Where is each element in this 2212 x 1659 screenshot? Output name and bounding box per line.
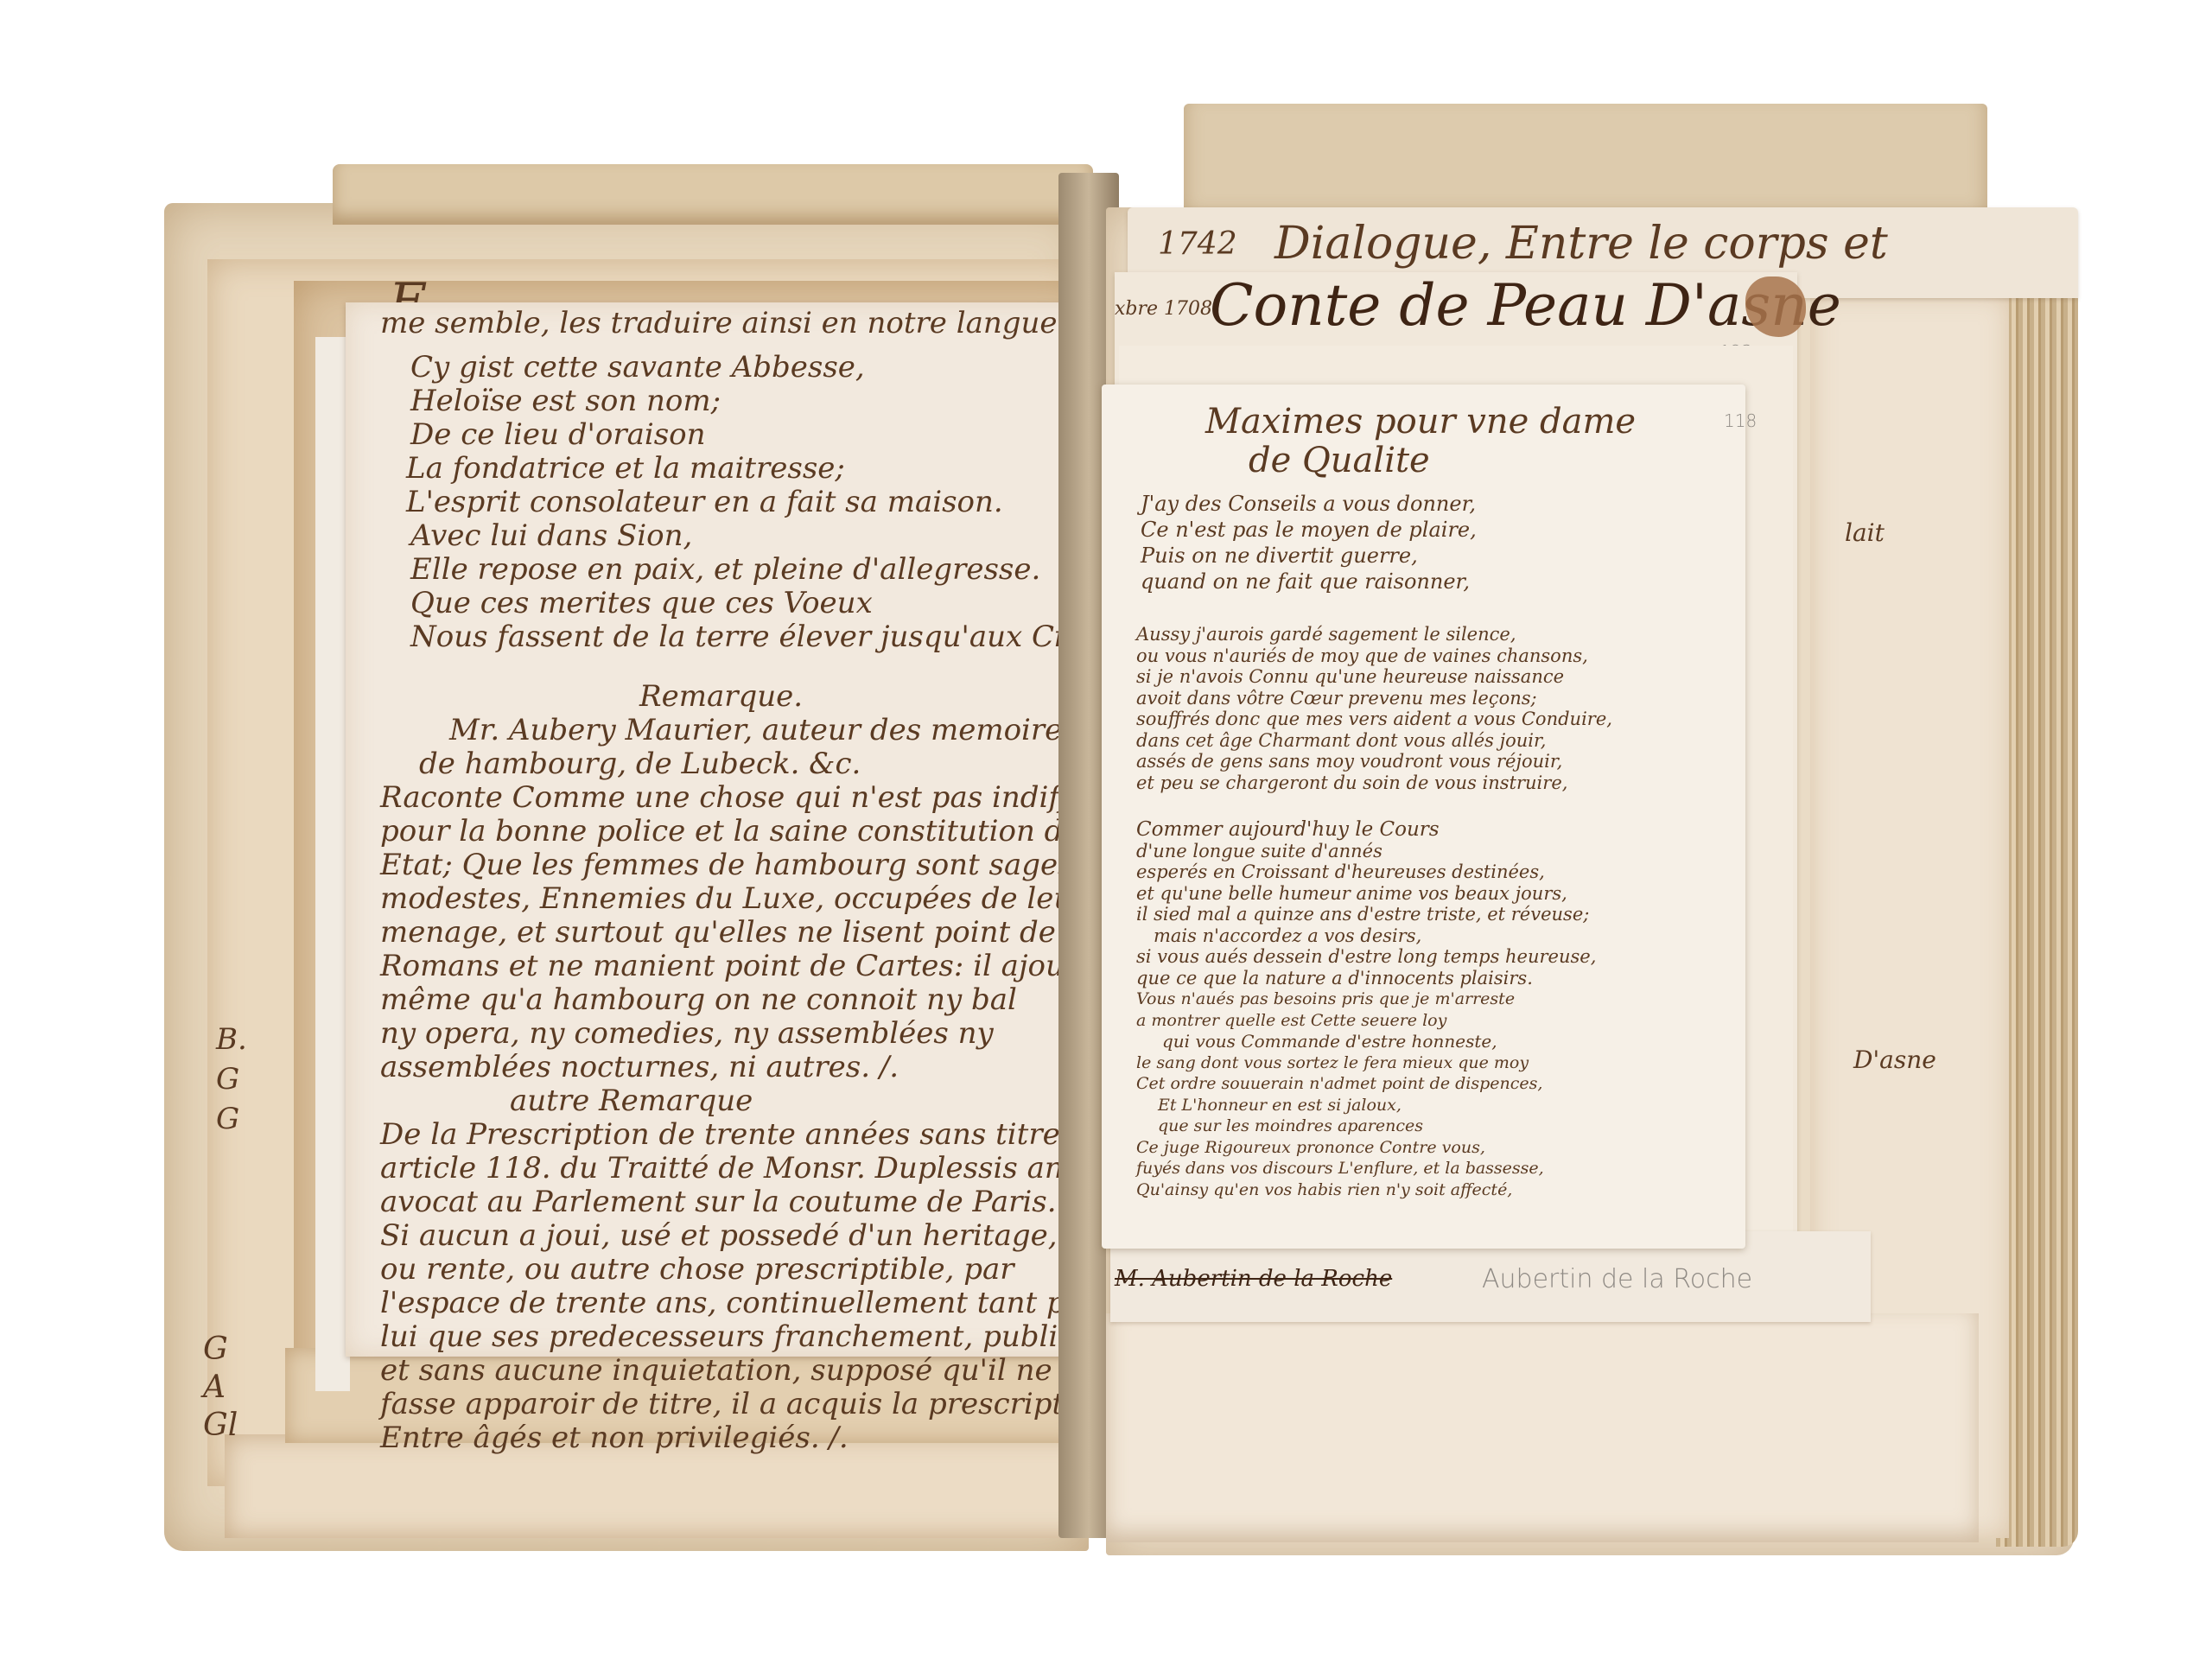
conte-date: xbre 1708 bbox=[1115, 298, 1212, 320]
dialogue-year: 1742 bbox=[1158, 226, 1237, 262]
text-line: Raconte Comme une chose qui n'est pas in… bbox=[380, 781, 1089, 815]
left-margin-fragments: B. G G bbox=[216, 1020, 247, 1139]
text-line: ny opera, ny comedies, ny assemblées ny bbox=[380, 1017, 1089, 1051]
left-page-text: me semble, les traduire ainsi en notre l… bbox=[380, 307, 1089, 1455]
verse-line: et qu'une belle humeur anime vos beaux j… bbox=[1136, 883, 1750, 905]
text-line: modestes, Ennemies du Luxe, occupées de … bbox=[380, 882, 1089, 916]
text-line: Nous fassent de la terre élever jusqu'au… bbox=[410, 620, 1089, 654]
verse-line: que sur les moindres aparences bbox=[1158, 1116, 1750, 1137]
dialogue-title: Dialogue, Entre le corps et bbox=[1274, 218, 1888, 270]
text-line: article 118. du Traitté de Monsr. Duples… bbox=[380, 1152, 1089, 1185]
verse-line: souffrés donc que mes vers aident a vous… bbox=[1136, 709, 1750, 730]
left-white-strip bbox=[315, 337, 350, 1391]
verse-line: le sang dont vous sortez le fera mieux q… bbox=[1136, 1052, 1750, 1074]
text-line: De ce lieu d'oraison bbox=[410, 418, 1089, 452]
text-line: de hambourg, de Lubeck. &c. bbox=[419, 747, 1089, 781]
text-line: lui que ses predecesseurs franchement, p… bbox=[380, 1320, 1089, 1354]
text-line: et sans aucune inquietation, supposé qu'… bbox=[380, 1354, 1089, 1388]
pencil-attribution: Aubertin de la Roche bbox=[1482, 1264, 1752, 1294]
left-lower-margin-fragments: G A Gl bbox=[203, 1331, 238, 1445]
text-line: ou rente, ou autre chose prescriptible, … bbox=[380, 1253, 1089, 1287]
verse-line: mais n'accordez a vos desirs, bbox=[1154, 925, 1750, 947]
text-line: Si aucun a joui, usé et possedé d'un her… bbox=[380, 1219, 1089, 1253]
verse-line: et peu se chargeront du soin de vous ins… bbox=[1136, 772, 1750, 794]
verse-line: si vous aués dessein d'estre long temps … bbox=[1136, 946, 1750, 968]
text-line: Mr. Aubery Maurier, auteur des memoires bbox=[449, 714, 1089, 747]
verse-line: ou vous n'auriés de moy que de vaines ch… bbox=[1136, 645, 1750, 667]
text-line: Etat; Que les femmes de hambourg sont sa… bbox=[380, 849, 1089, 882]
verse-line: Commer aujourd'huy le Cours bbox=[1136, 819, 1750, 841]
margin-fragment: A bbox=[203, 1369, 238, 1407]
verse-line: avoit dans vôtre Cœur prevenu mes leçons… bbox=[1136, 688, 1750, 709]
left-torn-top-edges bbox=[333, 164, 1093, 225]
text-line: Elle repose en paix, et pleine d'allegre… bbox=[410, 553, 1089, 587]
margin-fragment: D'asne bbox=[1853, 1046, 1936, 1074]
stanza-2: Aussy j'aurois gardé sagement le silence… bbox=[1128, 624, 1750, 793]
text-line: avocat au Parlement sur la coutume de Pa… bbox=[380, 1185, 1089, 1219]
verse-line: J'ay des Conseils a vous donner, bbox=[1141, 491, 1750, 517]
margin-fragment: B. bbox=[216, 1020, 247, 1059]
text-line: menage, et surtout qu'elles ne lisent po… bbox=[380, 916, 1089, 950]
text-line: même qu'a hambourg on ne connoit ny bal bbox=[380, 983, 1089, 1017]
right-torn-top-edges bbox=[1184, 104, 1987, 225]
text-line: Entre âgés et non privilegiés. /. bbox=[380, 1421, 1089, 1455]
margin-fragment: G bbox=[216, 1099, 247, 1139]
stanza-3: Commer aujourd'huy le Cours d'une longue… bbox=[1128, 819, 1750, 1200]
text-line: Avec lui dans Sion, bbox=[410, 519, 1089, 553]
text-line: Romans et ne manient point de Cartes: il… bbox=[380, 950, 1089, 983]
text-line: La fondatrice et la maitresse; bbox=[406, 452, 1089, 486]
text-line: fasse apparoir de titre, il a acquis la … bbox=[380, 1388, 1089, 1421]
verse-line: qui vous Commande d'estre honneste, bbox=[1162, 1031, 1750, 1052]
verse-line: a montrer quelle est Cette seuere loy bbox=[1136, 1010, 1750, 1032]
margin-fragment: Gl bbox=[203, 1407, 238, 1445]
verse-line: Ce juge Rigoureux prononce Contre vous, bbox=[1136, 1137, 1750, 1159]
verse-line: Vous n'aués pas besoins pris que je m'ar… bbox=[1136, 988, 1750, 1010]
stanza-1: J'ay des Conseils a vous donner, Ce n'es… bbox=[1128, 491, 1750, 594]
verse-line: si je n'avois Connu qu'une heureuse nais… bbox=[1136, 666, 1750, 688]
poem-body: J'ay des Conseils a vous donner, Ce n'es… bbox=[1128, 397, 1750, 1200]
margin-fragment: G bbox=[203, 1331, 238, 1369]
text-line: Que ces merites que ces Voeux bbox=[410, 587, 1089, 620]
verse-line: Et L'honneur en est si jaloux, bbox=[1158, 1095, 1750, 1116]
verse-line: Puis on ne divertit guerre, bbox=[1141, 543, 1750, 569]
verse-line: Qu'ainsy qu'en vos habis rien n'y soit a… bbox=[1136, 1179, 1750, 1201]
verse-line: il sied mal a quinze ans d'estre triste,… bbox=[1136, 904, 1750, 925]
verse-line: Cet ordre souuerain n'admet point de dis… bbox=[1136, 1073, 1750, 1095]
right-lower-leaf-2 bbox=[1106, 1313, 1979, 1542]
text-line: De la Prescription de trente années sans… bbox=[380, 1118, 1089, 1152]
verse-line: fuyés dans vos discours L'enflure, et la… bbox=[1136, 1158, 1750, 1179]
verse-line: d'une longue suite d'annés bbox=[1136, 841, 1750, 862]
verse-line: Aussy j'aurois gardé sagement le silence… bbox=[1136, 624, 1750, 645]
verse-line: quand on ne fait que raisonner, bbox=[1141, 569, 1750, 594]
ink-signature: M. Aubertin de la Roche bbox=[1115, 1266, 1392, 1292]
text-line: Heloïse est son nom; bbox=[410, 385, 1089, 418]
margin-fragment: G bbox=[216, 1059, 247, 1099]
text-line: me semble, les traduire ainsi en notre l… bbox=[380, 307, 1089, 340]
text-line: l'espace de trente ans, continuellement … bbox=[380, 1287, 1089, 1320]
text-line: assemblées nocturnes, ni autres. /. bbox=[380, 1051, 1089, 1084]
text-line: pour la bonne police et la saine constit… bbox=[380, 815, 1089, 849]
verse-line: assés de gens sans moy voudront vous réj… bbox=[1136, 751, 1750, 772]
section-heading: autre Remarque bbox=[510, 1084, 1089, 1118]
verse-line: que ce que la nature a d'innocents plais… bbox=[1136, 968, 1750, 989]
verse-line: dans cet âge Charmant dont vous allés jo… bbox=[1136, 730, 1750, 752]
section-heading: Remarque. bbox=[639, 680, 1089, 714]
verse-line: esperés en Croissant d'heureuses destiné… bbox=[1136, 861, 1750, 883]
margin-fragment: lait bbox=[1845, 518, 1885, 547]
verse-line: Ce n'est pas le moyen de plaire, bbox=[1141, 517, 1750, 543]
text-line: Cy gist cette savante Abbesse, bbox=[410, 351, 1089, 385]
text-line: L'esprit consolateur en a fait sa maison… bbox=[406, 486, 1089, 519]
